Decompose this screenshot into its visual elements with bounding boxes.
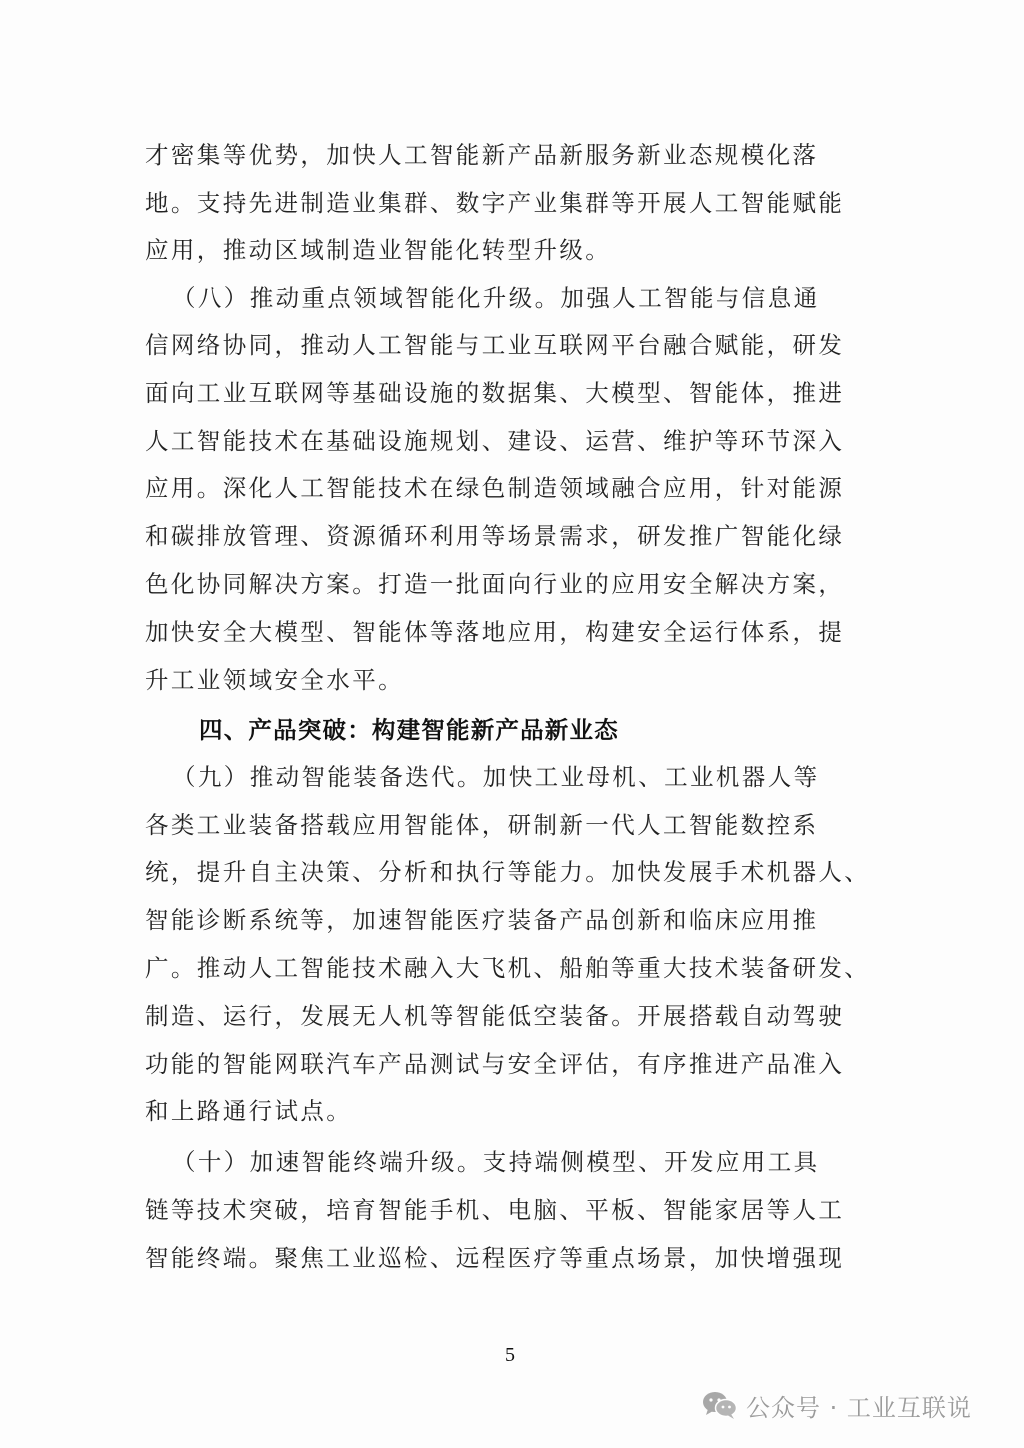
text-line: 功能的智能网联汽车产品测试与安全评估，有序推进产品准入 [145, 1044, 885, 1084]
text-line: 地。支持先进制造业集群、数字产业集群等开展人工智能赋能 [145, 183, 885, 223]
text-line: 链等技术突破，培育智能手机、电脑、平板、智能家居等人工 [145, 1190, 885, 1230]
text-line: 加快安全大模型、智能体等落地应用，构建安全运行体系，提 [145, 612, 885, 652]
text-line: 应用。深化人工智能技术在绿色制造领域融合应用，针对能源 [145, 468, 885, 508]
text-line: 人工智能技术在基础设施规划、建设、运营、维护等环节深入 [145, 421, 885, 461]
wechat-icon [702, 1390, 738, 1420]
section-heading: 四、产品突破：构建智能新产品新业态 [199, 710, 939, 750]
text-line: 色化协同解决方案。打造一批面向行业的应用安全解决方案， [145, 564, 885, 604]
document-page: 才密集等优势，加快人工智能新产品新服务新业态规模化落 地。支持先进制造业集群、数… [0, 0, 1024, 1448]
text-line: 和上路通行试点。 [145, 1091, 885, 1131]
text-line: 制造、运行，发展无人机等智能低空装备。开展搭载自动驾驶 [145, 996, 885, 1036]
text-line: 信网络协同，推动人工智能与工业互联网平台融合赋能，研发 [145, 325, 885, 365]
text-line: 广。推动人工智能技术融入大飞机、船舶等重大技术装备研发、 [145, 948, 885, 988]
text-line: 各类工业装备搭载应用智能体，研制新一代人工智能数控系 [145, 805, 885, 845]
text-line: 才密集等优势，加快人工智能新产品新服务新业态规模化落 [145, 135, 885, 175]
text-line: 面向工业互联网等基础设施的数据集、大模型、智能体，推进 [145, 373, 885, 413]
watermark-text: 公众号 · 工业互联说 [746, 1388, 972, 1423]
text-line: 应用，推动区域制造业智能化转型升级。 [145, 230, 885, 270]
watermark: 公众号 · 工业互联说 [702, 1385, 972, 1425]
paragraph-10-first-line: （十）加速智能终端升级。支持端侧模型、开发应用工具 [172, 1142, 912, 1182]
text-line: 智能诊断系统等，加速智能医疗装备产品创新和临床应用推 [145, 900, 885, 940]
paragraph-9-first-line: （九）推动智能装备迭代。加快工业母机、工业机器人等 [172, 757, 912, 797]
text-line: 智能终端。聚焦工业巡检、远程医疗等重点场景，加快增强现 [145, 1238, 885, 1278]
text-line: 统，提升自主决策、分析和执行等能力。加快发展手术机器人、 [145, 852, 885, 892]
text-line: 和碳排放管理、资源循环利用等场景需求，研发推广智能化绿 [145, 516, 885, 556]
page-number: 5 [505, 1344, 515, 1367]
paragraph-8-first-line: （八）推动重点领域智能化升级。加强人工智能与信息通 [172, 278, 912, 318]
text-line: 升工业领域安全水平。 [145, 660, 885, 700]
